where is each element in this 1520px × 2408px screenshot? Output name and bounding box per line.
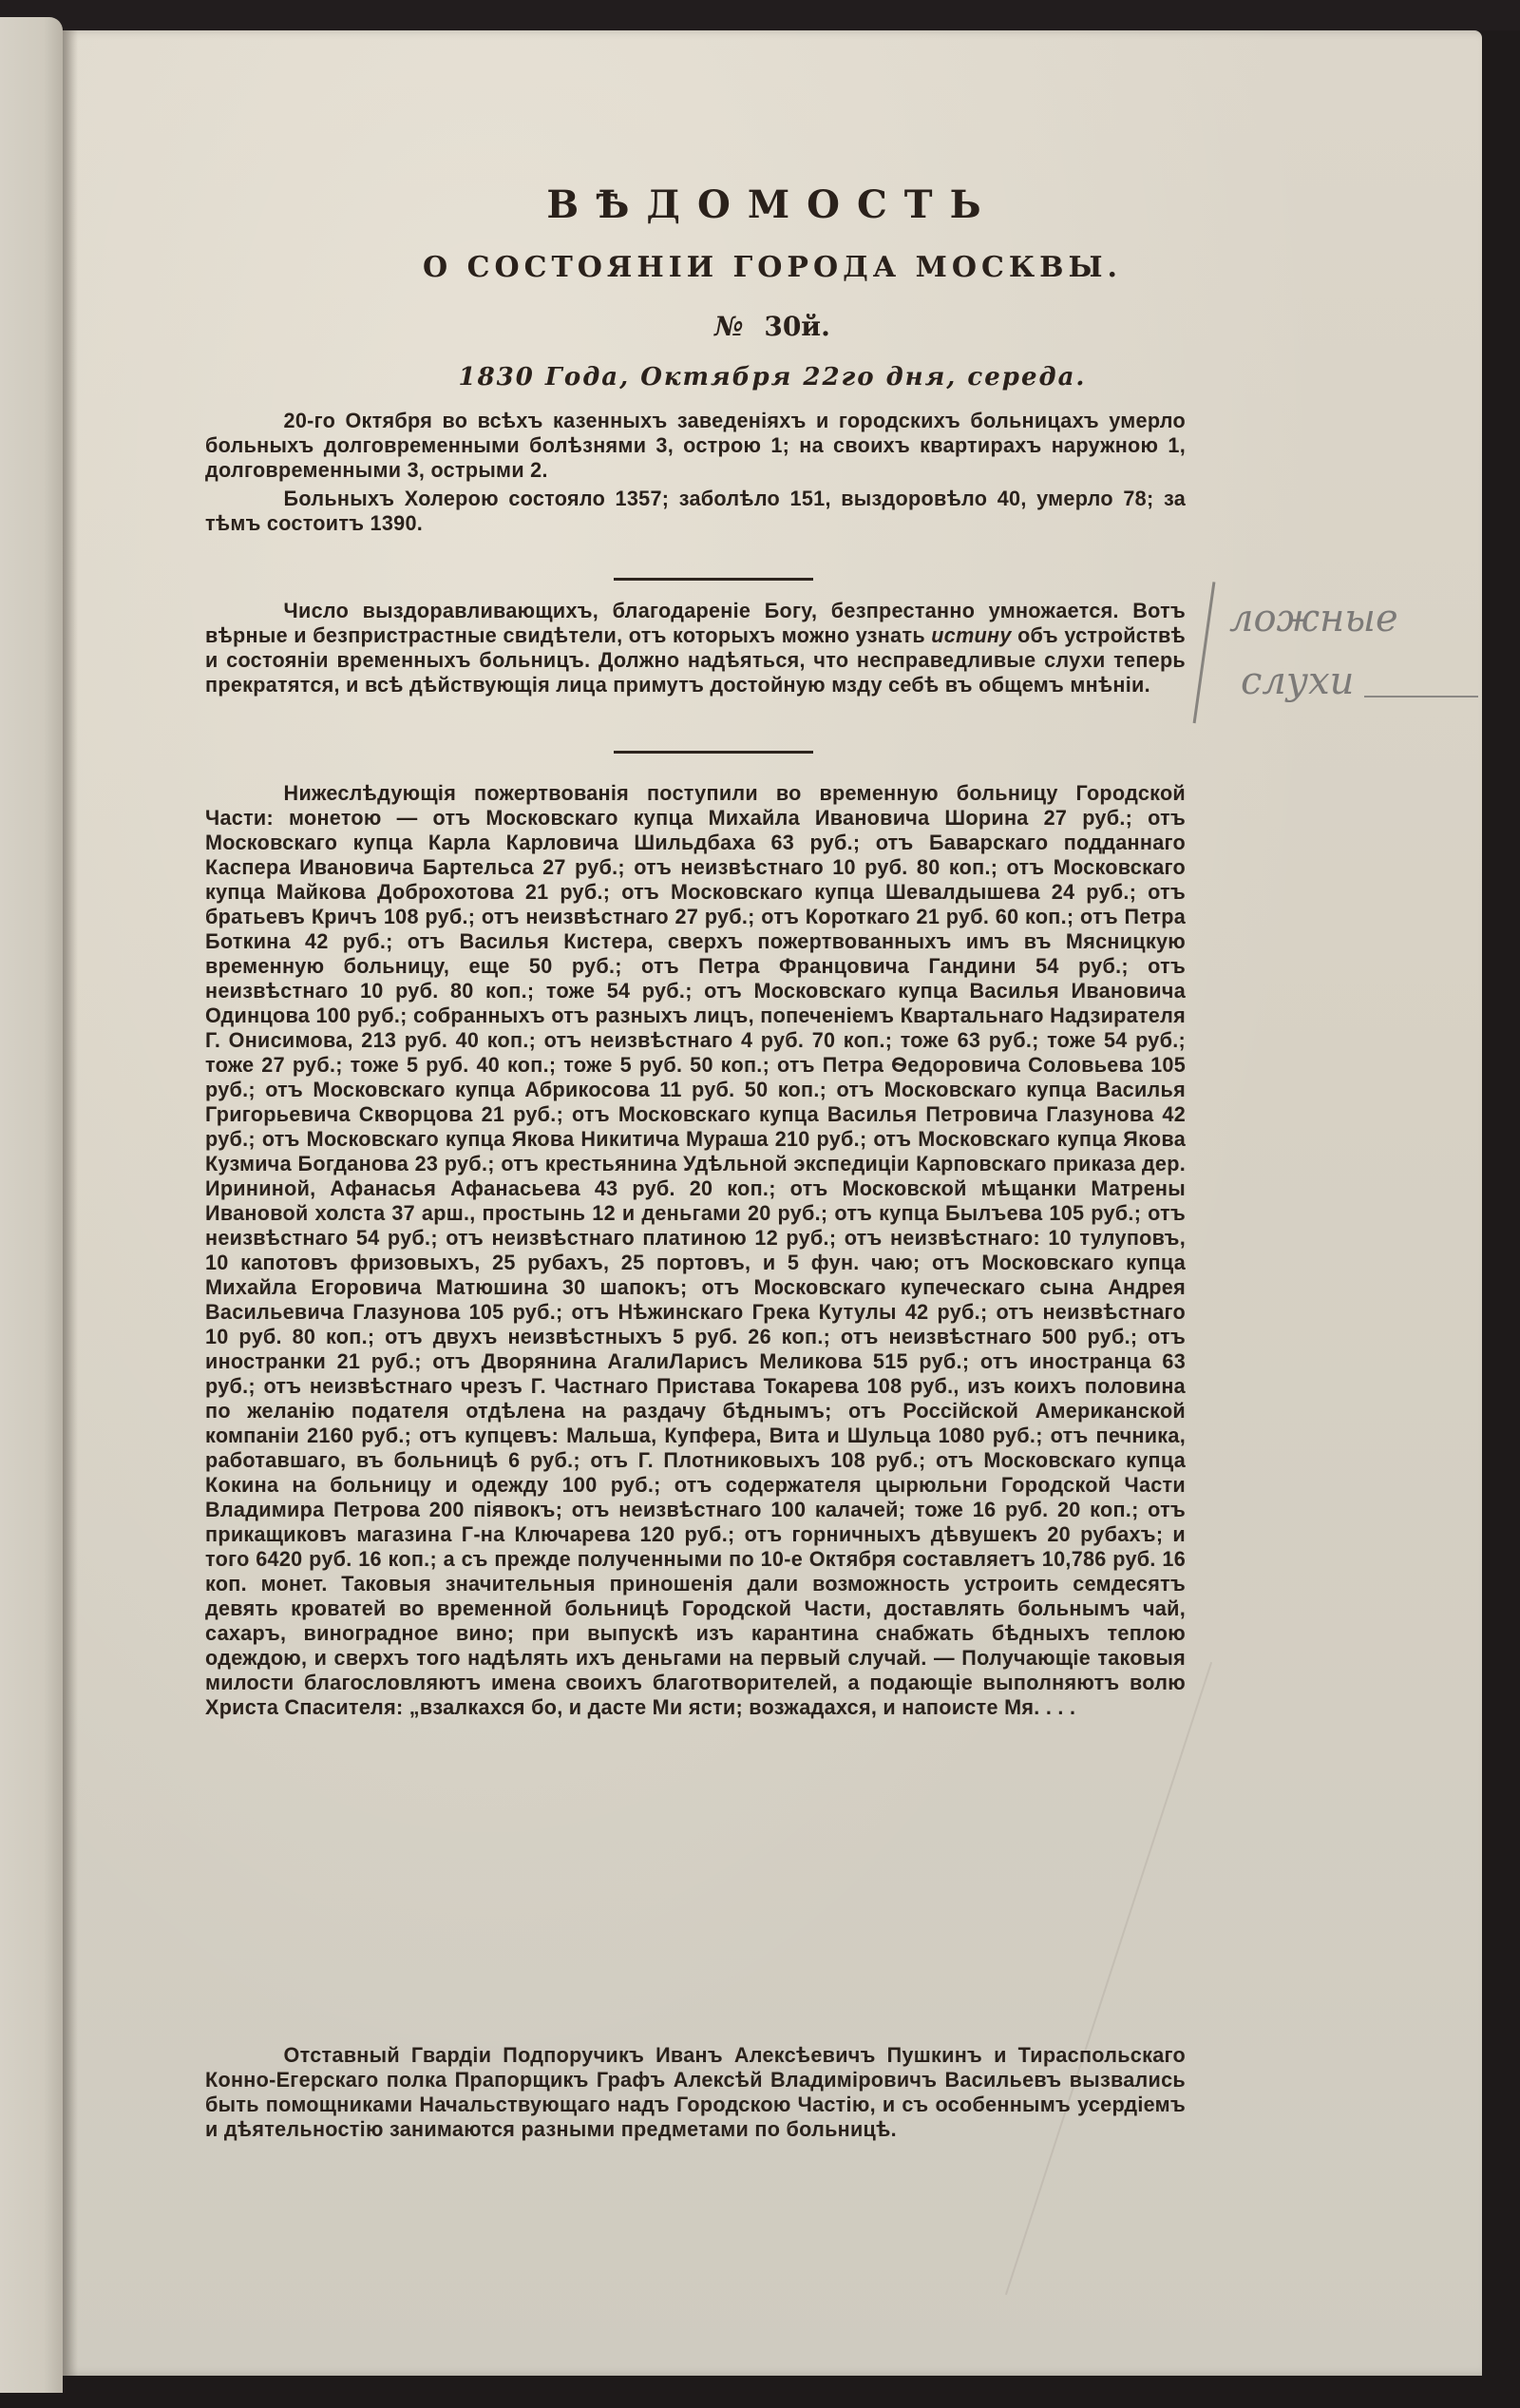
handwritten-margin-note: ложные слухи [1203,582,1478,743]
italic-word: истину [931,623,1011,647]
pencil-underline [1364,696,1478,698]
issue-number: № 30й. [63,311,1482,342]
paragraph-text: Нижеслѣдующія пожертвованія поступили во… [205,781,1186,1720]
paper-crease [1005,1662,1212,2295]
dateline: 1830 Года, Октября 22го дня, середа. [63,363,1482,392]
note-line-1: ложные [1229,589,1398,648]
section-divider [614,578,813,581]
previous-page-edge [0,17,63,2393]
numero-sign: № [714,311,743,342]
scan-frame-top [0,0,1520,30]
paragraph-text: Больныхъ Холерою состояло 1357; заболѣло… [205,487,1186,536]
note-line-2: слухи [1241,652,1354,711]
paragraph-cholera-stats: Больныхъ Холерою состояло 1357; заболѣло… [205,487,1186,536]
paragraph-officers: Отставный Гвардіи Подпоручикъ Иванъ Алек… [205,2043,1186,2142]
document-subtitle: О СОСТОЯНІИ ГОРОДА МОСКВЫ. [63,251,1482,284]
paragraph-text: 20-го Октября во всѣхъ казенныхъ заведен… [205,409,1186,483]
paragraph-text: Отставный Гвардіи Подпоручикъ Иванъ Алек… [205,2043,1186,2142]
document-title: ВѢДОМОСТЬ [63,182,1482,227]
paragraph-recovery: Число выздоравливающихъ, благодареніе Бо… [205,599,1186,698]
issue-number-value: 30й. [764,311,829,342]
paragraph-mortality-report: 20-го Октября во всѣхъ казенныхъ заведен… [205,409,1186,483]
paragraph-text: Число выздоравливающихъ, благодареніе Бо… [205,599,1186,698]
pencil-bracket [1193,582,1220,724]
paragraph-donations: Нижеслѣдующія пожертвованія поступили во… [205,781,1186,1720]
document-page: ВѢДОМОСТЬ О СОСТОЯНІИ ГОРОДА МОСКВЫ. № 3… [63,30,1482,2376]
section-divider [614,751,813,754]
